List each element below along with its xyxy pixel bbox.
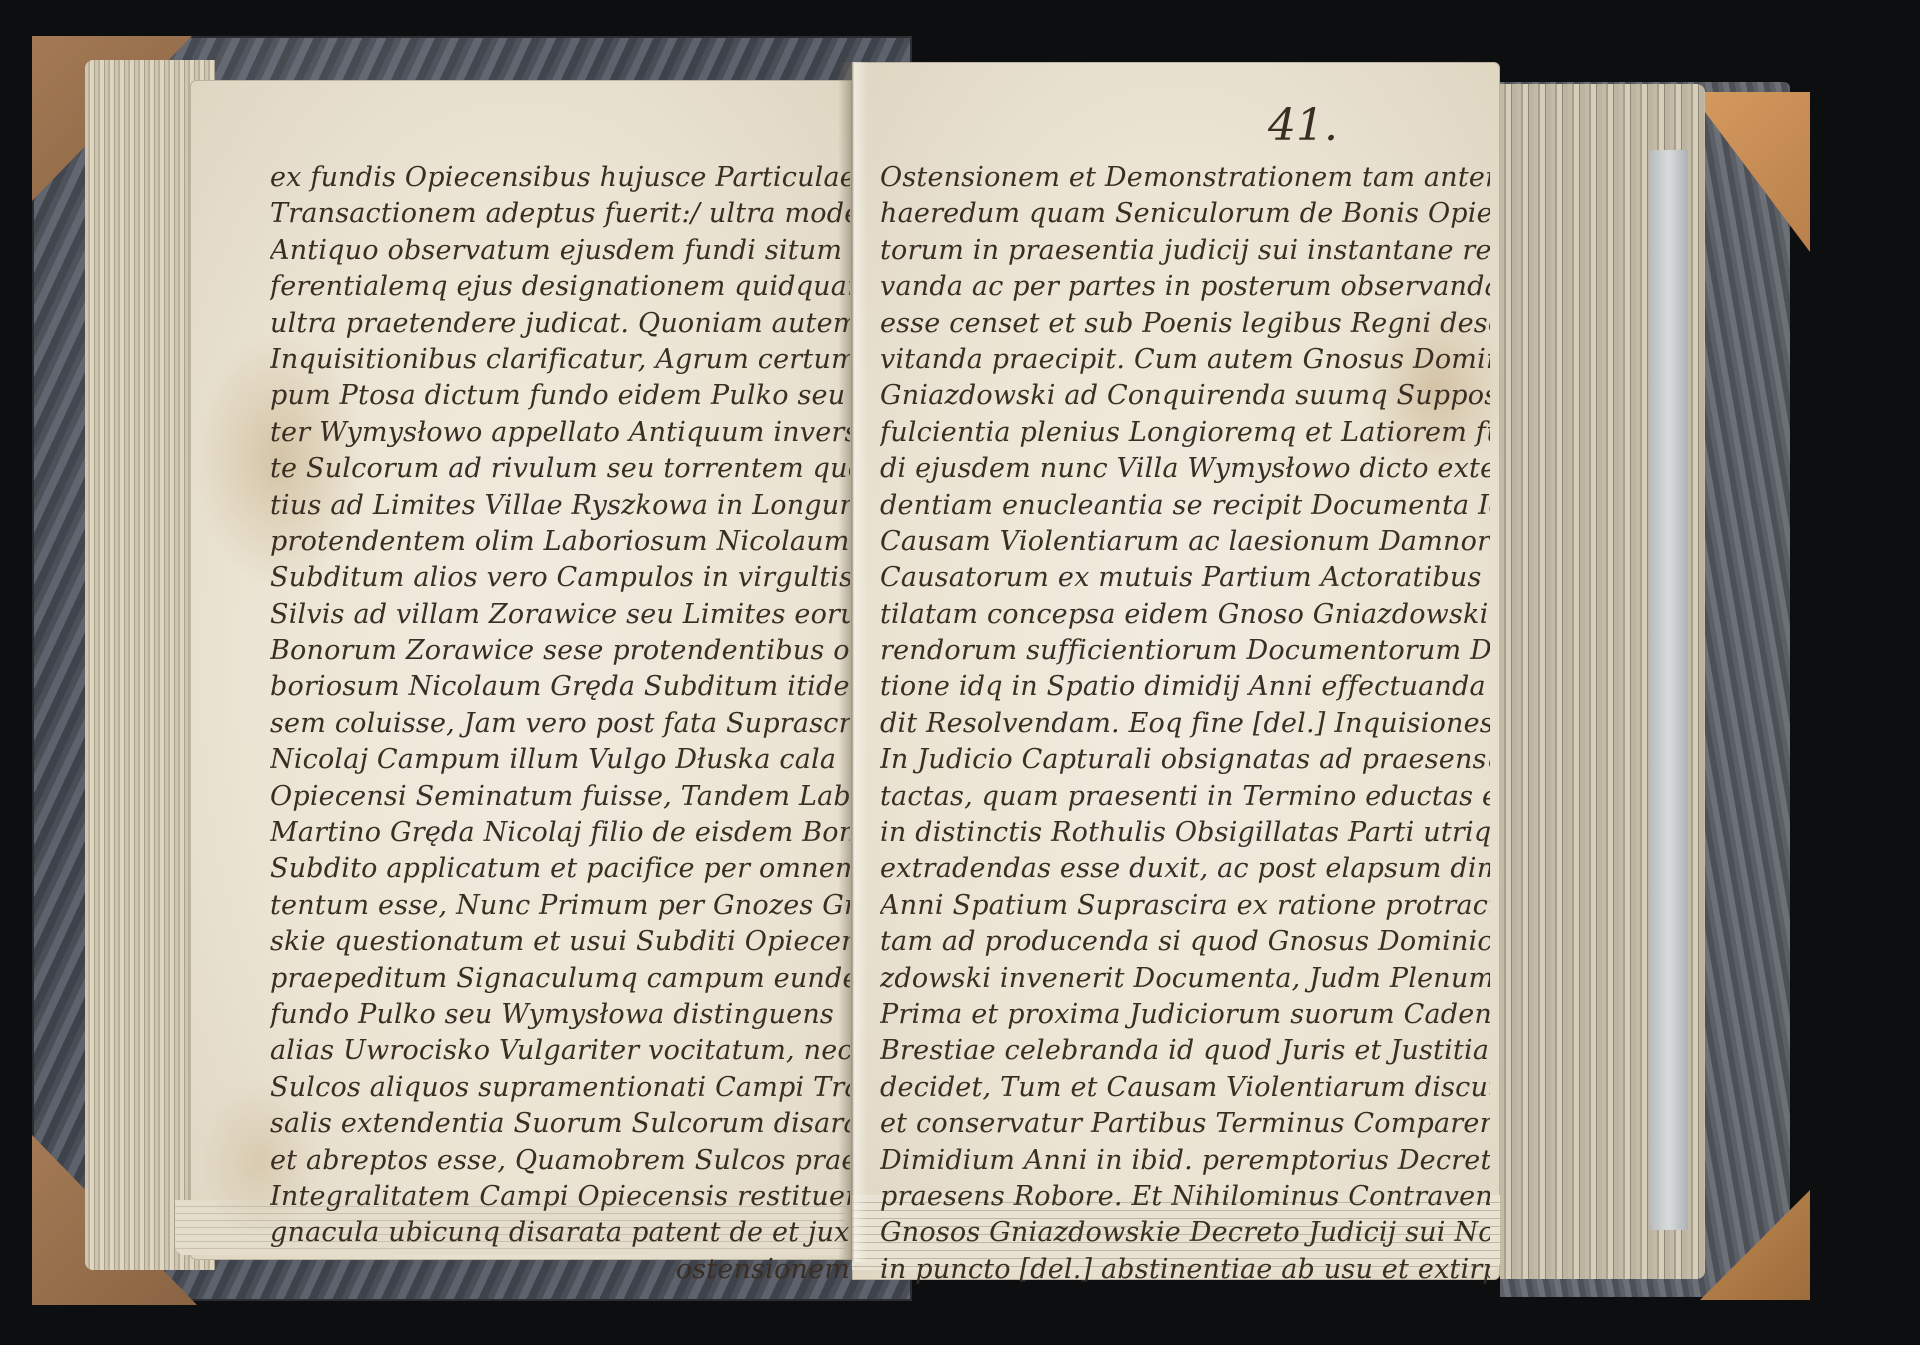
text-line: fundo Pulko seu Wymysłowa distinguens (270, 997, 850, 1033)
text-line: zdowski invenerit Documenta, Judm Plenum… (880, 961, 1490, 997)
text-line: vanda ac per partes in posterum observan… (880, 269, 1490, 305)
text-line: dit Resolvendam. Eoq fine [del.] Inquisi… (880, 706, 1490, 742)
text-line: et abreptos esse, Quamobrem Sulcos praef… (270, 1143, 850, 1179)
text-line: esse censet et sub Poenis legibus Regni … (880, 306, 1490, 342)
right-page-text: Ostensionem et Demonstrationem tam anter… (880, 160, 1490, 1288)
text-line: haeredum quam Seniculorum de Bonis Opiec… (880, 196, 1490, 232)
text-line: Transactionem adeptus fuerit:/ ultra mod… (270, 196, 850, 232)
text-line: Subdito applicatum et pacifice per omnem… (270, 851, 850, 887)
text-line: Gniazdowski ad Conquirenda suumq Supposi… (880, 378, 1490, 414)
folio-number: 41. (1268, 100, 1338, 151)
text-line: extradendas esse duxit, ac post elapsum … (880, 851, 1490, 887)
text-line: gnacula ubicunq disarata patent de et ju… (270, 1215, 850, 1251)
text-line: skie questionatum et usui Subditi Opiece… (270, 924, 850, 960)
text-line: fulcientia plenius Longioremq et Latiore… (880, 415, 1490, 451)
text-line: praepeditum Signaculumq campum eundem (270, 961, 850, 997)
catchword: ostensionem (270, 1252, 850, 1288)
text-line: Prima et proxima Judiciorum suorum Caden… (880, 997, 1490, 1033)
text-line: Causam Violentiarum ac laesionum Damnoru… (880, 524, 1490, 560)
text-line: Sulcos aliquos supramentionati Campi Tra… (270, 1070, 850, 1106)
text-line: torum in praesentia judicij sui instanta… (880, 233, 1490, 269)
text-line: dentiam enucleantia se recipit Documenta… (880, 488, 1490, 524)
text-line: te Sulcorum ad rivulum seu torrentem quo (270, 451, 850, 487)
text-line: Antiquo observatum ejusdem fundi situm C… (270, 233, 850, 269)
text-line: tius ad Limites Villae Ryszkowa in Longu… (270, 488, 850, 524)
text-line: Martino Gręda Nicolaj filio de eisdem Bo… (270, 815, 850, 851)
text-line: In Judicio Capturali obsignatas ad praes… (880, 742, 1490, 778)
text-line: Integralitatem Campi Opiecensis restitue… (270, 1179, 850, 1215)
text-line: tilatam concepsa eidem Gnoso Gniazdowski… (880, 597, 1490, 633)
text-line: pum Ptosa dictum fundo eidem Pulko seu n (270, 378, 850, 414)
text-line: Ostensionem et Demonstrationem tam anter… (880, 160, 1490, 196)
text-line: boriosum Nicolaum Gręda Subditum itidem … (270, 669, 850, 705)
text-line: Opiecensi Seminatum fuisse, Tandem Labor… (270, 779, 850, 815)
text-line: tione idq in Spatio dimidij Anni effectu… (880, 669, 1490, 705)
text-line: vitanda praecipit. Cum autem Gnosus Domi… (880, 342, 1490, 378)
text-line: ter Wymysłowo appellato Antiquum inversa (270, 415, 850, 451)
text-line: di ejusdem nunc Villa Wymysłowo dicto ex… (880, 451, 1490, 487)
manuscript-photo: 41. ex fundis Opiecensibus hujusce Parti… (0, 0, 1920, 1345)
text-line: praesens Robore. Et Nihilominus Contrave… (880, 1179, 1490, 1215)
text-line: tactas, quam praesenti in Termino educta… (880, 779, 1490, 815)
text-line: ultra praetendere judicat. Quoniam autem… (270, 306, 850, 342)
text-line: ex fundis Opiecensibus hujusce Particula… (270, 160, 850, 196)
text-line: Bonorum Zorawice sese protendentibus oli… (270, 633, 850, 669)
text-line: Causatorum ex mutuis Partium Actoratibus… (880, 560, 1490, 596)
text-line: et conservatur Partibus Terminus Compare… (880, 1106, 1490, 1142)
left-page-text: ex fundis Opiecensibus hujusce Particula… (270, 160, 850, 1288)
text-line: Dimidium Anni in ibid. peremptorius Decr… (880, 1143, 1490, 1179)
text-line: rendorum sufficientiorum Documentorum Di… (880, 633, 1490, 669)
text-line: Subditum alios vero Campulos in virgulti… (270, 560, 850, 596)
text-line: Anni Spatium Suprascira ex ratione protr… (880, 888, 1490, 924)
text-line: tam ad producenda si quod Gnosus Dominic… (880, 924, 1490, 960)
text-line: ferentialemq ejus designationem quidquam… (270, 269, 850, 305)
text-line: protendentem olim Laboriosum Nicolaum de (270, 524, 850, 560)
text-line: tentum esse, Nunc Primum per Gnozes Gnia… (270, 888, 850, 924)
text-line: in puncto [del.] abstinentiae ab usu et … (880, 1252, 1490, 1288)
text-line: Brestiae celebranda id quod Juris et Jus… (880, 1033, 1490, 1069)
text-line: sem coluisse, Jam vero post fata Suprasc… (270, 706, 850, 742)
text-line: Nicolaj Campum illum Vulgo Dłuska cala (270, 742, 850, 778)
text-line: alias Uwrocisko Vulgariter vocitatum, ne… (270, 1033, 850, 1069)
inserted-slip (1650, 150, 1688, 1230)
text-line: Inquisitionibus clarificatur, Agrum cert… (270, 342, 850, 378)
text-line: Gnosos Gniazdowskie Decreto Judicij sui … (880, 1215, 1490, 1251)
text-line: in distinctis Rothulis Obsigillatas Part… (880, 815, 1490, 851)
text-line: salis extendentia Suorum Sulcorum disara… (270, 1106, 850, 1142)
text-line: decidet, Tum et Causam Violentiarum disc… (880, 1070, 1490, 1106)
text-line: Silvis ad villam Zorawice seu Limites eo… (270, 597, 850, 633)
